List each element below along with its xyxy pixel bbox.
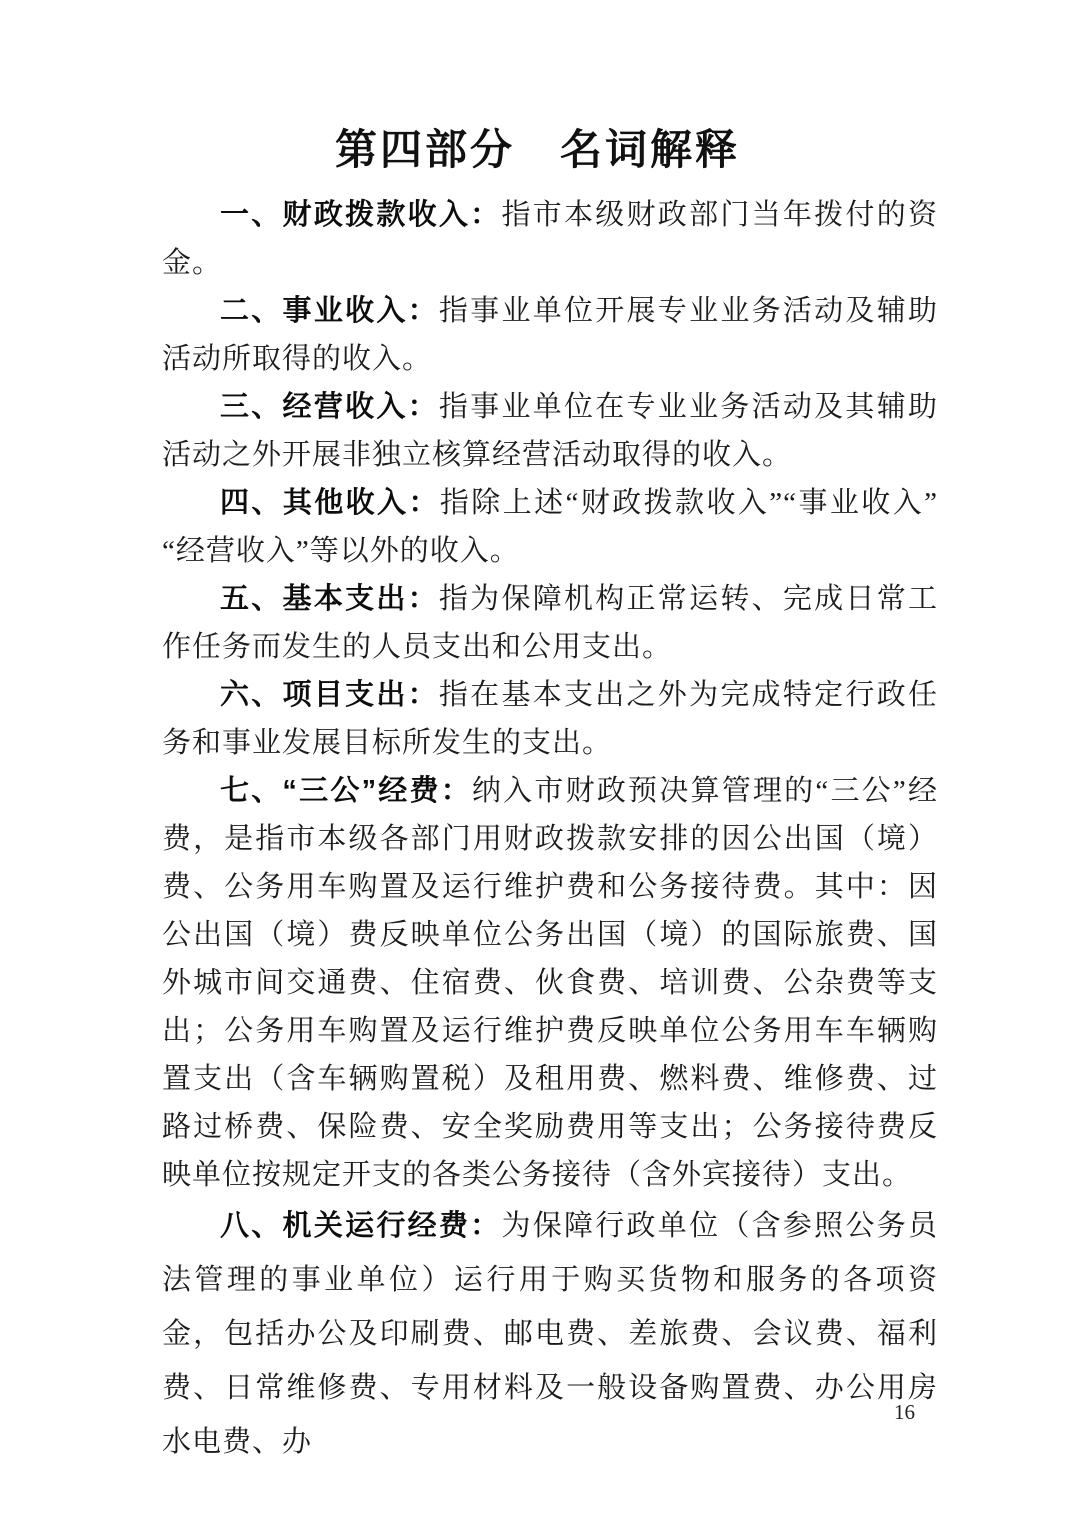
term-definition: 纳入市财政预决算管理的“三公”经费，是指市本级各部门用财政拨款安排的因公出国（境… bbox=[162, 775, 938, 1191]
term-label: 七、“三公”经费： bbox=[220, 775, 472, 807]
term-label: 五、基本支出： bbox=[220, 583, 439, 615]
page-number: 16 bbox=[894, 1400, 915, 1424]
term-label: 六、项目支出： bbox=[220, 679, 439, 711]
paragraph-institutional-income: 二、事业收入：指事业单位开展专业业务活动及辅助活动所取得的收入。 bbox=[162, 287, 938, 383]
page-title: 第四部分 名词解释 bbox=[0, 124, 1075, 176]
term-label: 四、其他收入： bbox=[220, 487, 440, 519]
paragraph-three-public-funds: 七、“三公”经费：纳入市财政预决算管理的“三公”经费，是指市本级各部门用财政拨款… bbox=[162, 767, 938, 1199]
paragraph-project-expenditure: 六、项目支出：指在基本支出之外为完成特定行政任务和事业发展目标所发生的支出。 bbox=[162, 671, 938, 767]
paragraph-fiscal-appropriation-income: 一、财政拨款收入：指市本级财政部门当年拨付的资金。 bbox=[162, 191, 938, 287]
paragraph-basic-expenditure: 五、基本支出：指为保障机构正常运转、完成日常工作任务而发生的人员支出和公用支出。 bbox=[162, 575, 938, 671]
term-label: 二、事业收入： bbox=[220, 295, 439, 327]
term-label: 八、机关运行经费： bbox=[220, 1210, 501, 1242]
paragraph-operating-income: 三、经营收入：指事业单位在专业业务活动及其辅助活动之外开展非独立核算经营活动取得… bbox=[162, 383, 938, 479]
document-page: 第四部分 名词解释 一、财政拨款收入：指市本级财政部门当年拨付的资金。 二、事业… bbox=[0, 0, 1075, 1520]
paragraph-other-income: 四、其他收入：指除上述“财政拨款收入”“事业收入”“经营收入”等以外的收入。 bbox=[162, 479, 938, 575]
document-body: 一、财政拨款收入：指市本级财政部门当年拨付的资金。 二、事业收入：指事业单位开展… bbox=[162, 191, 938, 1469]
paragraph-agency-operating-funds: 八、机关运行经费：为保障行政单位（含参照公务员法管理的事业单位）运行用于购买货物… bbox=[162, 1199, 938, 1469]
term-label: 三、经营收入： bbox=[220, 391, 439, 423]
term-label: 一、财政拨款收入： bbox=[220, 199, 501, 231]
term-definition: 为保障行政单位（含参照公务员法管理的事业单位）运行用于购买货物和服务的各项资金，… bbox=[162, 1210, 938, 1458]
